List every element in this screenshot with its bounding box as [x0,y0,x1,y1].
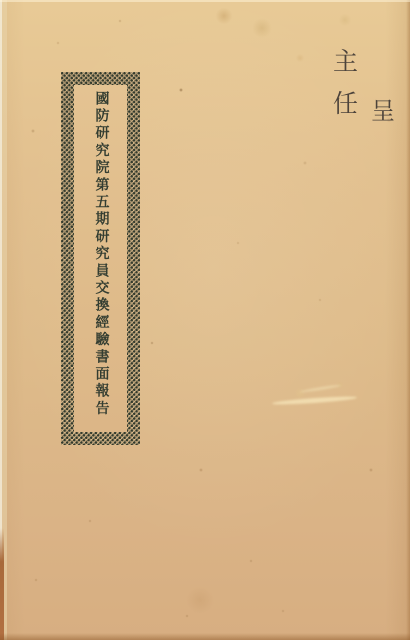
page-edge-bottom [0,633,410,640]
crease-mark [272,395,357,406]
cover-title-vertical: 國防研究院第五期研究員交換經驗書面報告 [94,85,108,432]
handwritten-recipient: 主任 [329,48,357,132]
page-edge-top [0,0,410,2]
handwritten-submission: 呈 [371,100,395,124]
title-border-frame: 國防研究院第五期研究員交換經驗書面報告 [61,72,140,445]
crease-mark-small [300,384,342,394]
document-page: 國防研究院第五期研究員交換經驗書面報告 主任 呈 [0,0,410,640]
page-edge-left-dark [0,528,4,640]
page-edge-right [406,0,410,640]
title-frame-inner: 國防研究院第五期研究員交換經驗書面報告 [74,85,127,432]
